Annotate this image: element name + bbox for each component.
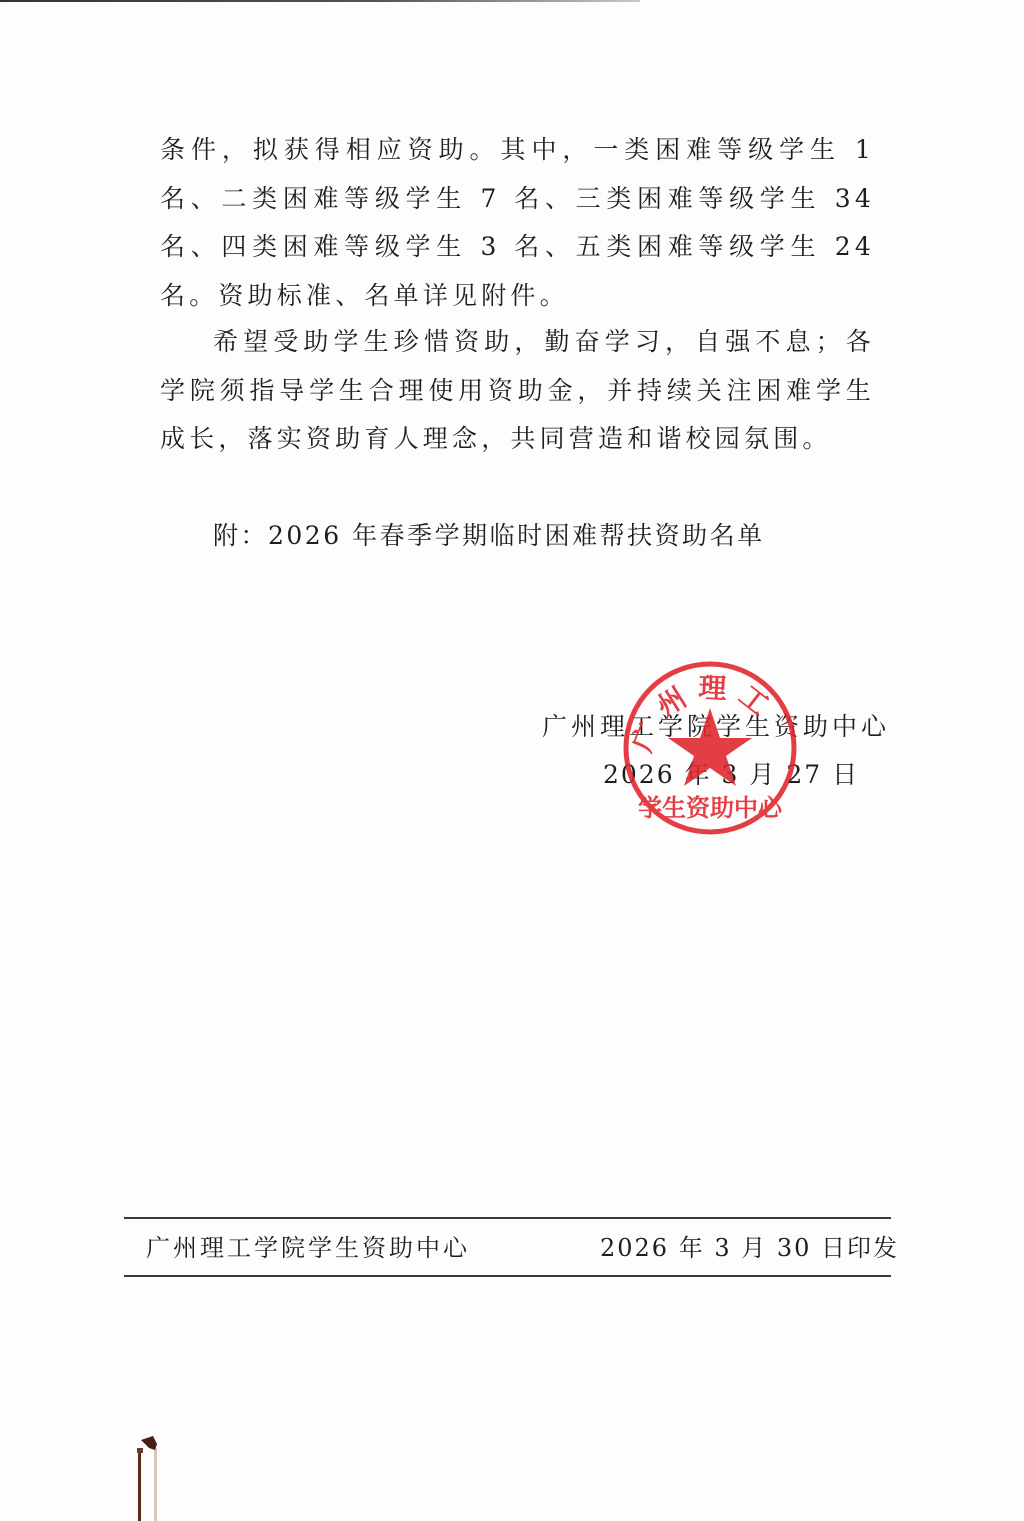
attachment-note: 附：2026 年春季学期临时困难帮扶资助名单: [213, 512, 765, 560]
body-paragraph-1: 条件，拟获得相应资助。其中，一类困难等级学生 1 名、二类困难等级学生 7 名、…: [160, 126, 875, 320]
footer-issue-date: 2026 年 3 月 30 日印发: [600, 1228, 899, 1268]
footer-organization: 广州理工学院学生资助中心: [146, 1228, 470, 1268]
binding-staple-icon: [135, 1430, 165, 1521]
footer-rule-bottom: [124, 1275, 891, 1277]
seal-bottom-text: 学生资助中心: [638, 794, 783, 822]
signature-organization: 广州理工学院学生资助中心: [542, 705, 890, 749]
page-top-edge: [0, 0, 640, 2]
signature-date: 2026 年 3 月 27 日: [603, 753, 859, 797]
footer-rule-top: [124, 1217, 891, 1219]
body-paragraph-2: 希望受助学生珍惜资助，勤奋学习，自强不息；各学院须指导学生合理使用资助金，并持续…: [160, 318, 875, 464]
